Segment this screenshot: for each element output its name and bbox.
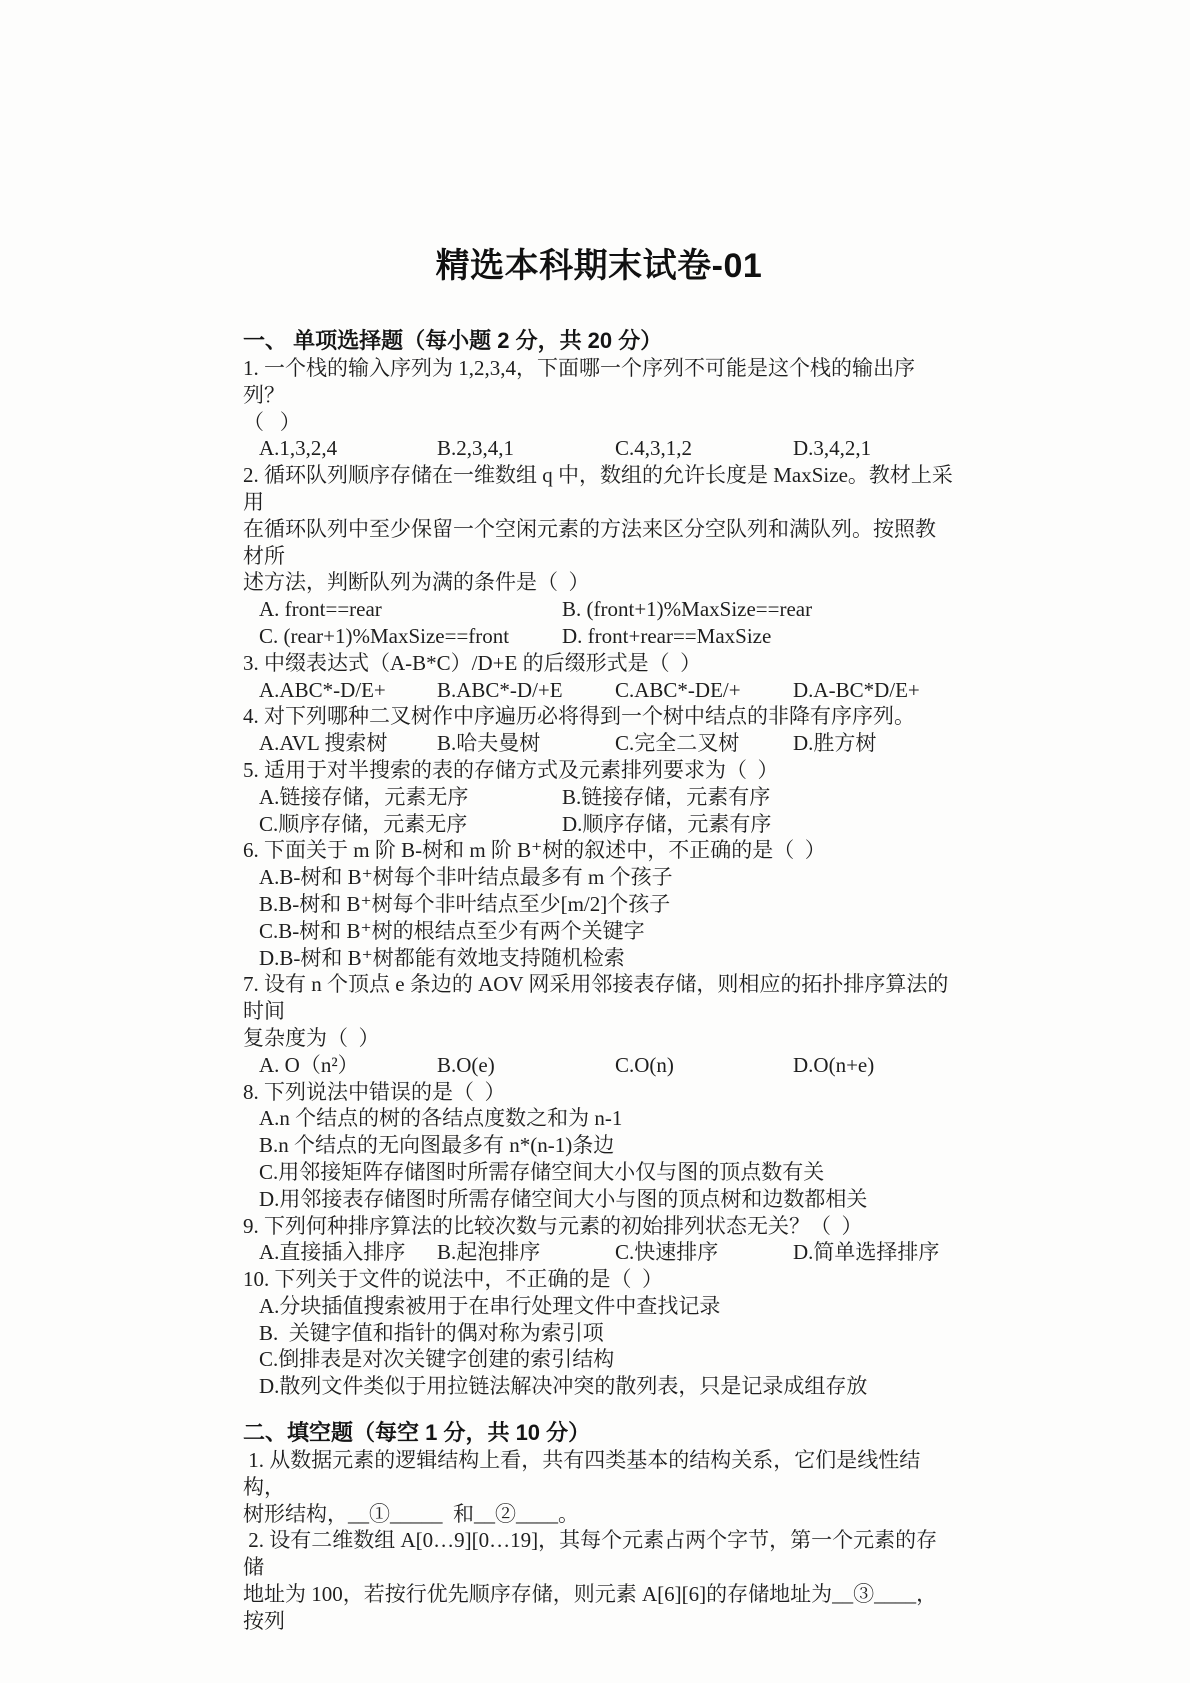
option-item: A.ABC*-D/E+: [259, 677, 437, 704]
option-item: B.哈夫曼树: [437, 730, 615, 757]
question-line: 10. 下列关于文件的说法中，不正确的是（ ）: [243, 1266, 955, 1293]
section-1: 一、 单项选择题（每小题 2 分，共 20 分）1. 一个栈的输入序列为 1,2…: [243, 326, 955, 1400]
question-line: 树形结构，__①_____ 和__②____。: [243, 1501, 955, 1528]
options-row: C. (rear+1)%MaxSize==frontD. front+rear=…: [243, 623, 955, 650]
section-heading: 二、填空题（每空 1 分，共 10 分）: [243, 1418, 955, 1447]
option-item: B.链接存储，元素有序: [562, 784, 776, 811]
option-line: B.n 个结点的无向图最多有 n*(n-1)条边: [243, 1132, 955, 1159]
section-heading: 一、 单项选择题（每小题 2 分，共 20 分）: [243, 326, 955, 355]
option-item: C. (rear+1)%MaxSize==front: [259, 623, 562, 650]
option-item: B.起泡排序: [437, 1239, 615, 1266]
options-row: A.链接存储，元素无序B.链接存储，元素有序: [243, 784, 955, 811]
option-item: A. O（n²）: [259, 1052, 437, 1079]
question-line: 2. 循环队列顺序存储在一维数组 q 中，数组的允许长度是 MaxSize。教材…: [243, 462, 955, 516]
options-row: A. front==rearB. (front+1)%MaxSize==rear: [243, 596, 955, 623]
question-line: 3. 中缀表达式（A-B*C）/D+E 的后缀形式是（ ）: [243, 650, 955, 677]
option-line: A.分块插值搜索被用于在串行处理文件中查找记录: [243, 1293, 955, 1320]
option-item: A.链接存储，元素无序: [259, 784, 562, 811]
option-item: D.简单选择排序: [793, 1239, 945, 1266]
question-line: 5. 适用于对半搜索的表的存储方式及元素排列要求为（ ）: [243, 757, 955, 784]
question-line: 述方法，判断队列为满的条件是（ ）: [243, 569, 955, 596]
option-item: C.完全二叉树: [615, 730, 793, 757]
options-row: A. O（n²）B.O(e)C.O(n)D.O(n+e): [243, 1052, 955, 1079]
option-item: D.O(n+e): [793, 1052, 880, 1079]
section-2: 二、填空题（每空 1 分，共 10 分） 1. 从数据元素的逻辑结构上看，共有四…: [243, 1418, 955, 1635]
question-line: 1. 一个栈的输入序列为 1,2,3,4，下面哪一个序列不可能是这个栈的输出序列…: [243, 355, 955, 409]
option-item: D. front+rear==MaxSize: [562, 623, 777, 650]
option-item: A.1,3,2,4: [259, 435, 437, 462]
question-line: 7. 设有 n 个顶点 e 条边的 AOV 网采用邻接表存储，则相应的拓扑排序算…: [243, 971, 955, 1025]
exam-body: 一、 单项选择题（每小题 2 分，共 20 分）1. 一个栈的输入序列为 1,2…: [243, 326, 955, 1635]
option-line: D.B-树和 B⁺树都能有效地支持随机检索: [243, 945, 955, 972]
question-line: 4. 对下列哪种二叉树作中序遍历必将得到一个树中结点的非降有序序列。: [243, 703, 955, 730]
page-title: 精选本科期末试卷-01: [243, 244, 955, 288]
options-row: A.直接插入排序B.起泡排序C.快速排序D.简单选择排序: [243, 1239, 955, 1266]
question-line: （ ）: [243, 409, 955, 436]
options-row: A.1,3,2,4B.2,3,4,1C.4,3,1,2D.3,4,2,1: [243, 435, 955, 462]
option-item: D.顺序存储，元素有序: [562, 811, 777, 838]
question-line: 在循环队列中至少保留一个空闲元素的方法来区分空队列和满队列。按照教材所: [243, 516, 955, 570]
question-line: 地址为 100，若按行优先顺序存储，则元素 A[6][6]的存储地址为__③__…: [243, 1581, 955, 1635]
question-line: 1. 从数据元素的逻辑结构上看，共有四类基本的结构关系，它们是线性结构，: [243, 1447, 955, 1501]
option-line: D.散列文件类似于用拉链法解决冲突的散列表，只是记录成组存放: [243, 1373, 955, 1400]
question-line: 8. 下列说法中错误的是（ ）: [243, 1079, 955, 1106]
options-row: C.顺序存储，元素无序D.顺序存储，元素有序: [243, 811, 955, 838]
option-line: C.用邻接矩阵存储图时所需存储空间大小仅与图的顶点数有关: [243, 1159, 955, 1186]
question-line: 2. 设有二维数组 A[0…9][0…19]，其每个元素占两个字节，第一个元素的…: [243, 1527, 955, 1581]
option-item: B.ABC*-D/+E: [437, 677, 615, 704]
option-line: D.用邻接表存储图时所需存储空间大小与图的顶点树和边数都相关: [243, 1186, 955, 1213]
option-item: D.胜方树: [793, 730, 882, 757]
options-row: A.ABC*-D/E+B.ABC*-D/+EC.ABC*-DE/+D.A-BC*…: [243, 677, 955, 704]
option-item: D.3,4,2,1: [793, 435, 877, 462]
question-line: 6. 下面关于 m 阶 B-树和 m 阶 B⁺树的叙述中，不正确的是（ ）: [243, 837, 955, 864]
option-item: A.AVL 搜索树: [259, 730, 437, 757]
options-row: A.AVL 搜索树B.哈夫曼树C.完全二叉树D.胜方树: [243, 730, 955, 757]
option-item: A.直接插入排序: [259, 1239, 437, 1266]
option-line: C.倒排表是对次关键字创建的索引结构: [243, 1346, 955, 1373]
option-item: C.4,3,1,2: [615, 435, 793, 462]
option-item: D.A-BC*D/E+: [793, 677, 926, 704]
exam-paper: 精选本科期末试卷-01 一、 单项选择题（每小题 2 分，共 20 分）1. 一…: [243, 244, 955, 1635]
option-item: B.2,3,4,1: [437, 435, 615, 462]
option-line: B.B-树和 B⁺树每个非叶结点至少[m/2]个孩子: [243, 891, 955, 918]
question-line: 9. 下列何种排序算法的比较次数与元素的初始排列状态无关？（ ）: [243, 1213, 955, 1240]
option-item: B. (front+1)%MaxSize==rear: [562, 596, 818, 623]
option-line: A.n 个结点的树的各结点度数之和为 n-1: [243, 1105, 955, 1132]
option-line: B. 关键字值和指针的偶对称为索引项: [243, 1320, 955, 1347]
option-item: C.快速排序: [615, 1239, 793, 1266]
option-item: A. front==rear: [259, 596, 562, 623]
option-item: C.顺序存储，元素无序: [259, 811, 562, 838]
option-line: A.B-树和 B⁺树每个非叶结点最多有 m 个孩子: [243, 864, 955, 891]
question-line: 复杂度为（ ）: [243, 1025, 955, 1052]
option-item: C.ABC*-DE/+: [615, 677, 793, 704]
option-line: C.B-树和 B⁺树的根结点至少有两个关键字: [243, 918, 955, 945]
option-item: B.O(e): [437, 1052, 615, 1079]
option-item: C.O(n): [615, 1052, 793, 1079]
